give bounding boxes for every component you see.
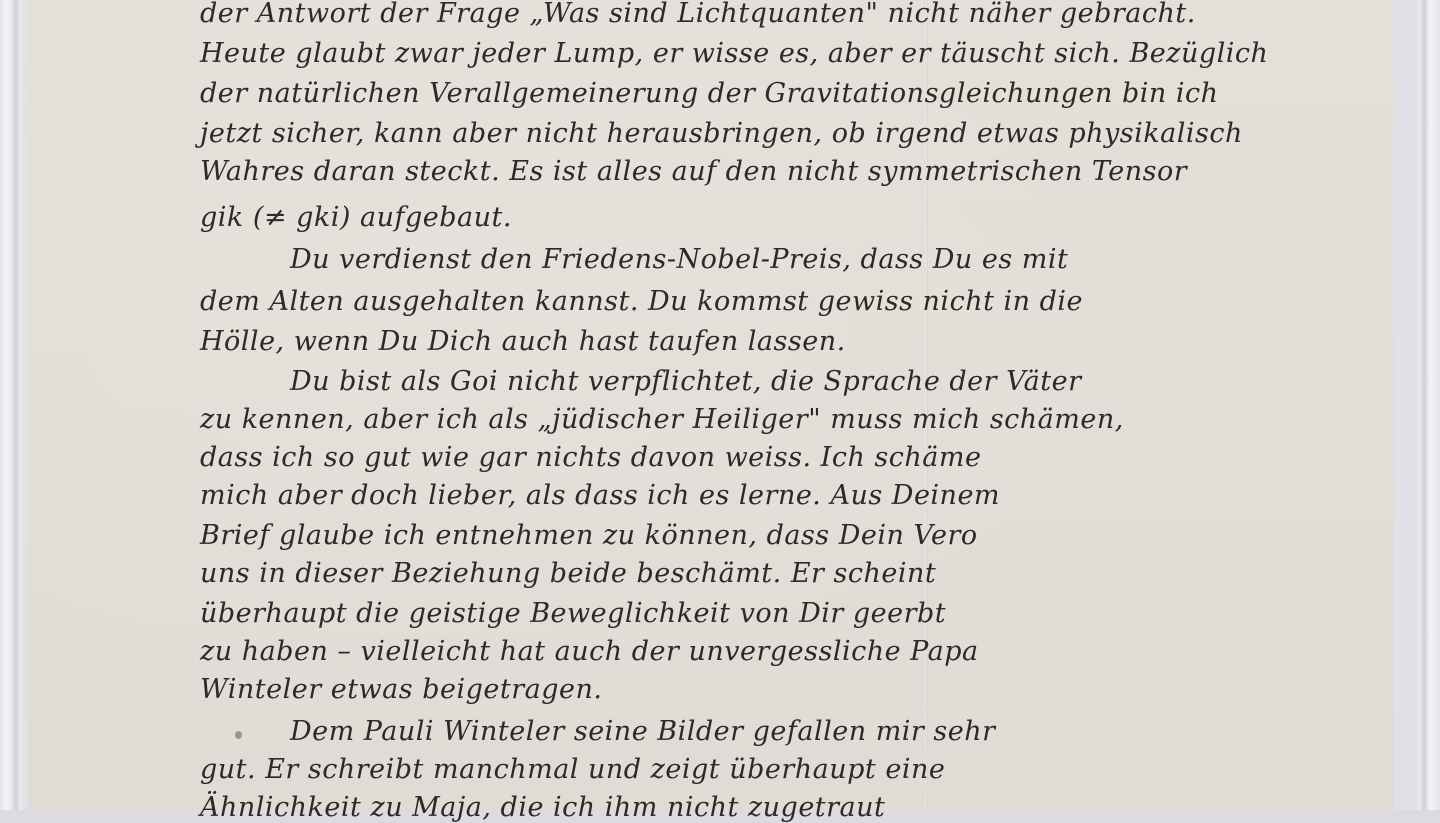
letter-line: dem Alten ausgehalten kannst. Du kommst …	[200, 286, 1083, 317]
letter-line: jetzt sicher, kann aber nicht herausbrin…	[200, 118, 1243, 149]
letter-line: Du verdienst den Friedens-Nobel-Preis, d…	[290, 244, 1068, 275]
letter-line: überhaupt die geistige Beweglichkeit von…	[200, 598, 946, 629]
letter-paper: der Antwort der Frage „Was sind Lichtqua…	[28, 0, 1394, 810]
letter-line: dass ich so gut wie gar nichts davon wei…	[200, 442, 981, 473]
display-frame: der Antwort der Frage „Was sind Lichtqua…	[0, 0, 1440, 810]
letter-line: Hölle, wenn Du Dich auch hast taufen las…	[200, 326, 846, 357]
letter-line: Wahres daran steckt. Es ist alles auf de…	[200, 156, 1187, 187]
letter-line: Dem Pauli Winteler seine Bilder gefallen…	[290, 716, 996, 747]
letter-line: zu haben – vielleicht hat auch der unver…	[200, 636, 979, 667]
letter-line: gik (≠ gki) aufgebaut.	[200, 202, 512, 233]
ink-spot	[235, 731, 242, 739]
letter-line: Brief glaube ich entnehmen zu können, da…	[200, 520, 978, 551]
letter-line: uns in dieser Beziehung beide beschämt. …	[200, 558, 936, 589]
letter-line: Ähnlichkeit zu Maja, die ich ihm nicht z…	[200, 792, 885, 810]
letter-line: Heute glaubt zwar jeder Lump, er wisse e…	[200, 38, 1268, 69]
letter-line: Du bist als Goi nicht verpflichtet, die …	[290, 366, 1082, 397]
letter-line: Winteler etwas beigetragen.	[200, 674, 602, 705]
letter-line: der Antwort der Frage „Was sind Lichtqua…	[200, 0, 1196, 29]
letter-line: zu kennen, aber ich als „jüdischer Heili…	[200, 404, 1124, 435]
letter-line: mich aber doch lieber, als dass ich es l…	[200, 480, 1000, 511]
letter-line: der natürlichen Verallgemeinerung der Gr…	[200, 78, 1219, 109]
letter-line: gut. Er schreibt manchmal und zeigt über…	[200, 754, 945, 785]
